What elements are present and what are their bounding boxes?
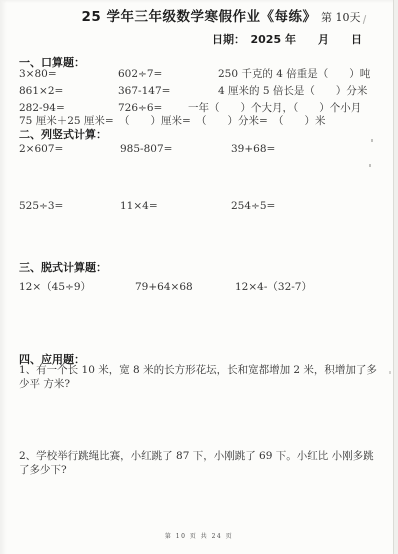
section-stepwise-header: 三、脱式计算题：	[19, 259, 107, 275]
oral-problem: 3×80=	[19, 68, 118, 80]
vertical-problem: 254÷5=	[231, 200, 382, 212]
word-problem-1: 1、有一个长 10 米，宽 8 米的长方形花坛，长和宽都增加 2 米，积增加了多…	[19, 364, 378, 391]
vertical-row-2: 525÷3= 11×4= 254÷5=	[19, 200, 382, 212]
oral-problem: 602÷7=	[118, 68, 218, 80]
vertical-problem: 11×4=	[120, 200, 231, 212]
pen-mark	[371, 139, 373, 142]
vertical-problem: 2×607=	[19, 143, 120, 155]
stepwise-problem: 12×（45÷9）	[19, 279, 135, 294]
section-vertical-header: 二、列竖式计算：	[19, 126, 107, 142]
page-edge-top	[0, 0, 398, 3]
stepwise-row-1: 12×（45÷9） 79+64×68 12×4-（32-7）	[19, 279, 382, 294]
oral-problem: 4 厘米的 5 倍长是（ ）分米	[218, 83, 382, 98]
date-line: 日期： 2025 年 月 日	[212, 31, 362, 47]
oral-problem: 861×2=	[19, 85, 118, 97]
vertical-problem: 39+68=	[231, 143, 382, 155]
page-edge-left	[0, 0, 7, 554]
oral-row-1: 3×80= 602÷7= 250 千克的 4 倍重是（ ）吨	[19, 66, 382, 81]
pen-mark	[389, 371, 391, 374]
vertical-problem: 525÷3=	[19, 200, 120, 212]
stepwise-problem: 79+64×68	[135, 281, 235, 293]
worksheet-page: 25 学年三年级数学寒假作业《每练》 第 10天 日期： 2025 年 月 日 …	[0, 0, 398, 554]
pen-mark	[369, 164, 371, 167]
day-label: 第 10天	[321, 9, 361, 25]
vertical-row-1: 2×607= 985-807= 39+68=	[19, 143, 382, 155]
word-problem-2: 2、学校举行跳绳比赛，小红跳了 87 下，小刚跳了 69 下。小红比 小刚多跳了…	[19, 450, 378, 477]
oral-problem: 250 千克的 4 倍重是（ ）吨	[218, 66, 382, 81]
page-edge-line	[393, 0, 394, 554]
stepwise-problem: 12×4-（32-7）	[235, 279, 382, 294]
vertical-problem: 985-807=	[120, 143, 231, 155]
page-number: 第 10 页 共 24 页	[0, 531, 398, 540]
oral-row-2: 861×2= 367-147= 4 厘米的 5 倍长是（ ）分米	[19, 83, 382, 98]
oral-problem: 367-147=	[118, 85, 218, 97]
